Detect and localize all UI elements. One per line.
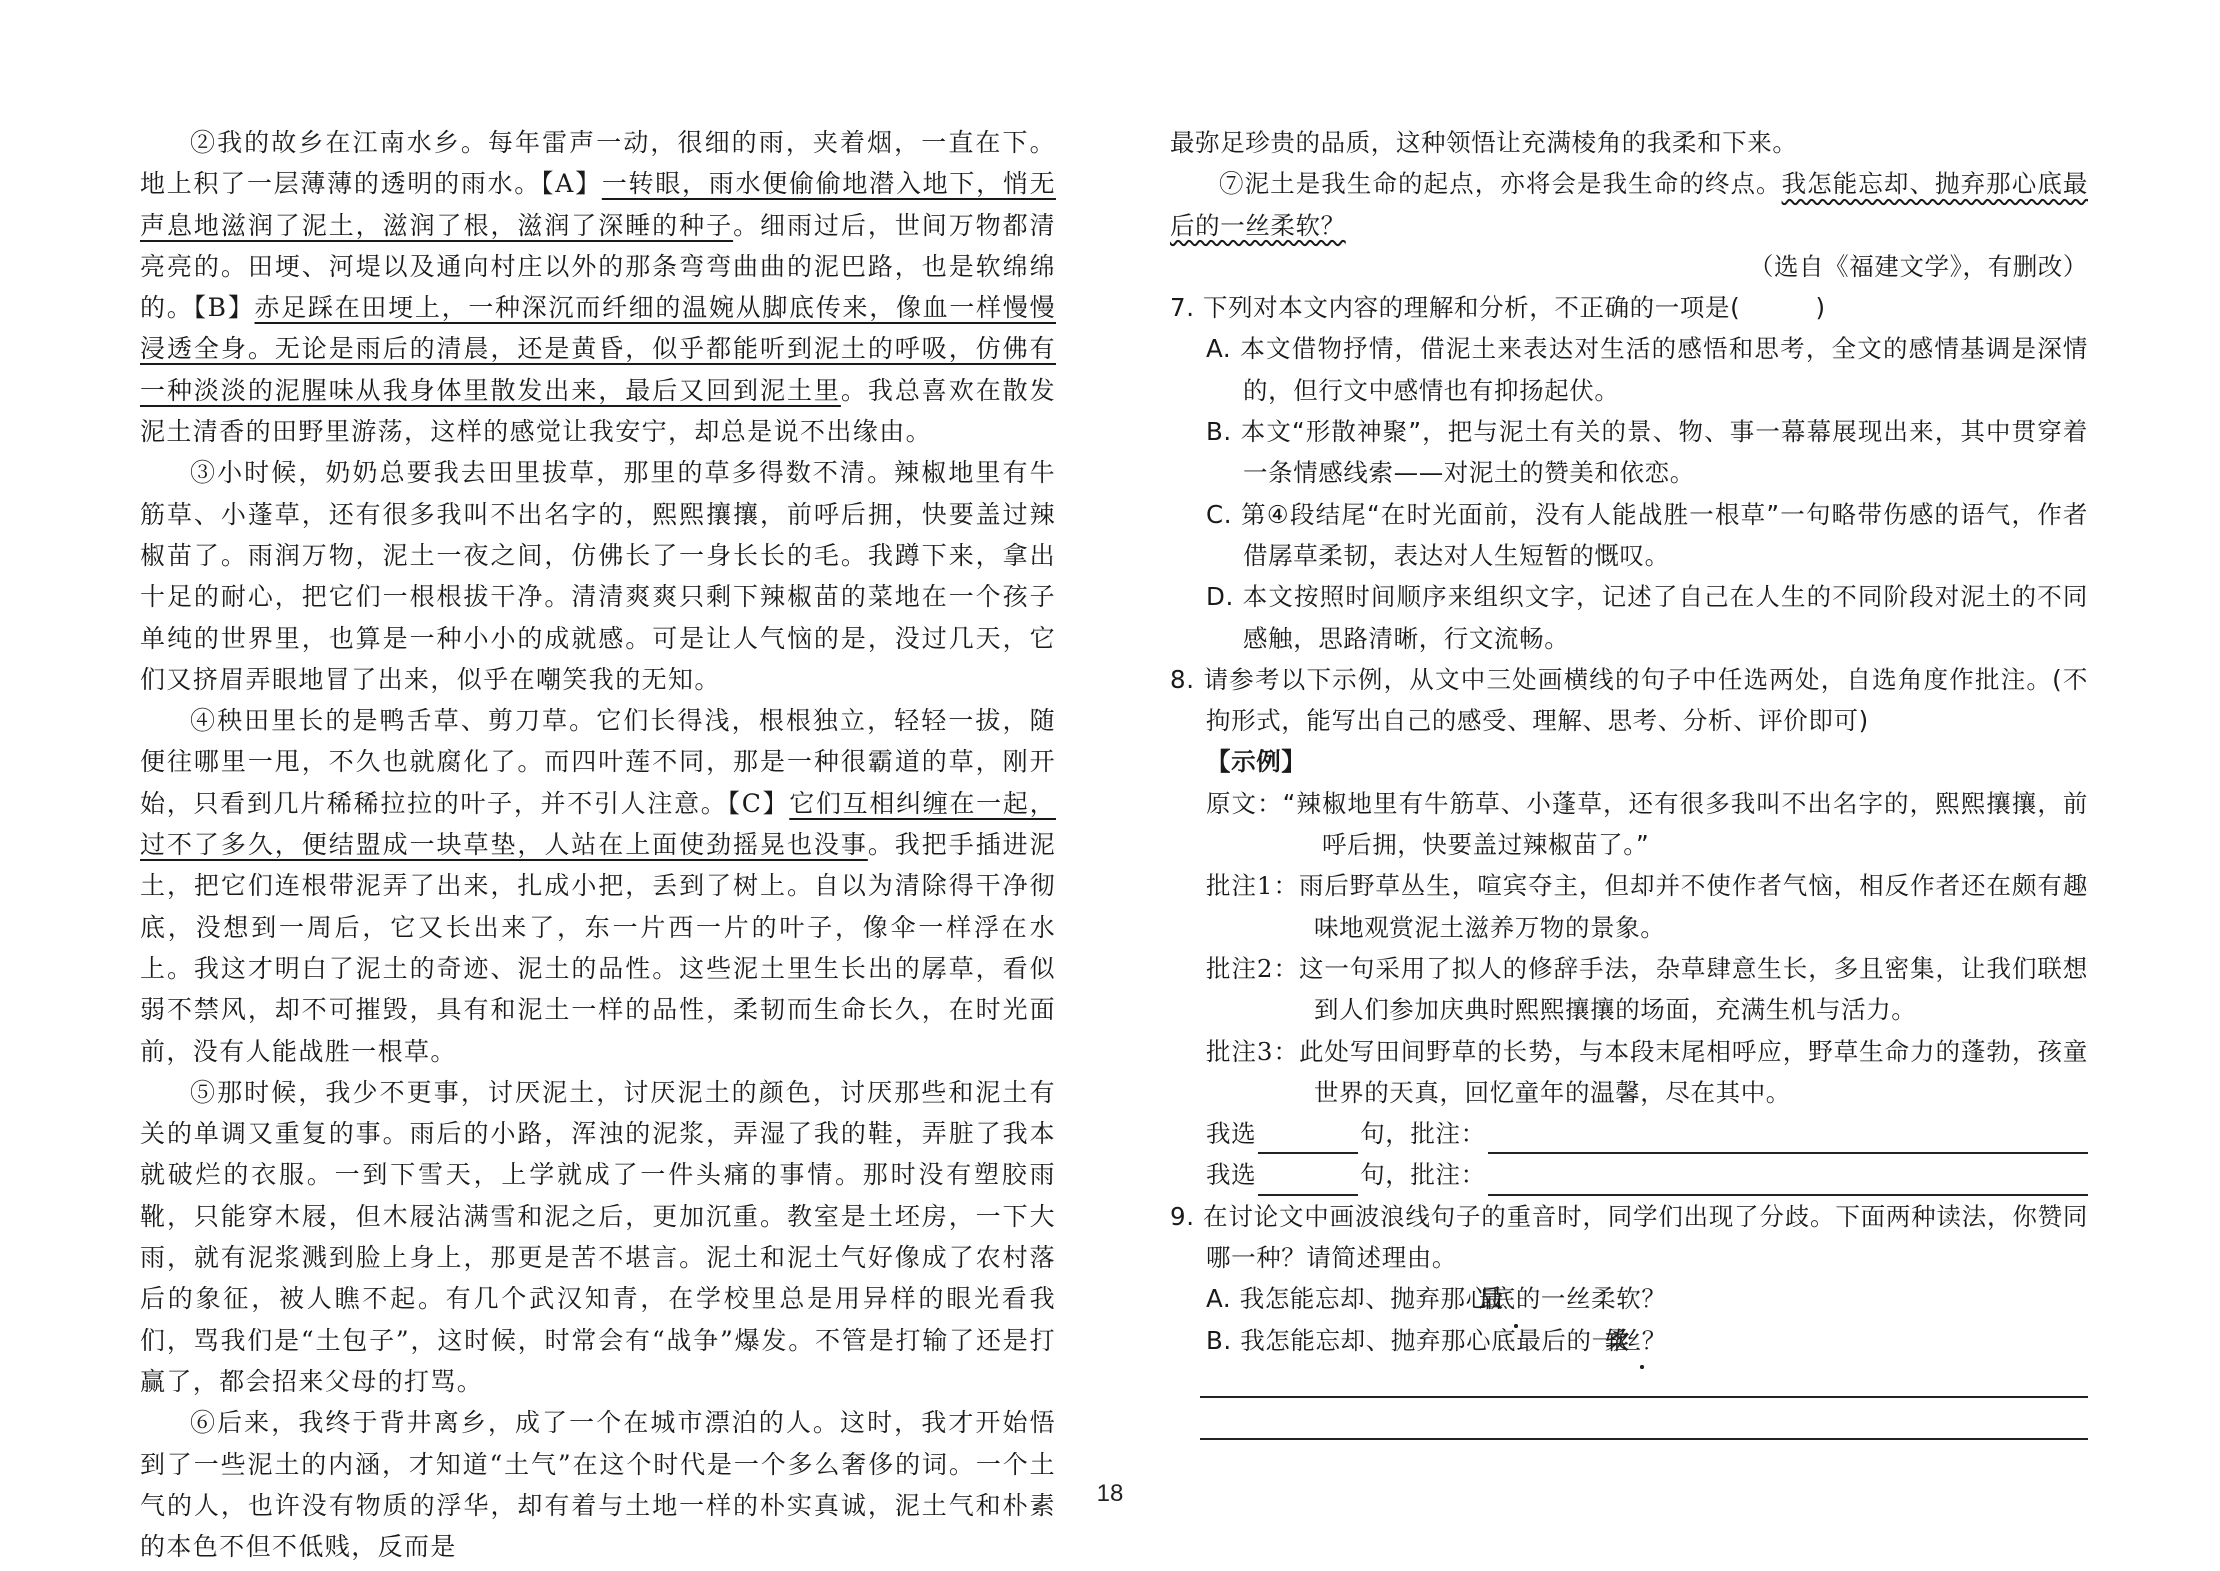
sentence-choice-blank-1[interactable] [1258,1122,1358,1154]
paragraph-6-continued: 最弥足珍贵的品质，这种领悟让充满棱角的我柔和下来。 [1170,122,2088,163]
paragraph-marker: ⑥ [190,1408,217,1437]
paragraph-4: ④秧田里长的是鸭舌草、剪刀草。它们长得浅，根根独立，轻轻一拔，随便往哪里一甩，不… [140,700,1056,1072]
answer-row-1: 我选 句，批注： [1170,1113,2088,1154]
paragraph-marker: ③ [190,458,217,487]
question-7: 7. 下列对本文内容的理解和分析，不正确的一项是( ) A. 本文借物抒情，借泥… [1170,287,2088,659]
example-original: 原文：“辣椒地里有牛筋草、小蓬草，还有很多我叫不出名字的，熙熙攘攘，前呼后拥，快… [1206,783,2088,866]
annotation-blank-1[interactable] [1488,1122,2088,1154]
question-7-option-a[interactable]: A. 本文借物抒情，借泥土来表达对生活的感悟和思考，全文的感情基调是深情的，但行… [1170,328,2088,411]
paragraph-5: ⑤那时候，我少不更事，讨厌泥土，讨厌泥土的颜色，讨厌那些和泥土有关的单调又重复的… [140,1072,1056,1402]
question-number: 7. [1170,293,1195,322]
source-citation: （选自《福建文学》，有删改） [1170,246,2088,287]
question-8: 8. 请参考以下示例，从文中三处画横线的句子中任选两处，自选角度作批注。(不拘形… [1170,659,2088,1196]
example-label: 【示例】 [1206,741,2088,782]
question-9-option-b[interactable]: B. 我怎能忘却、抛弃那心底最后的一丝柔软？ [1170,1320,2088,1361]
paragraph-marker: ② [190,128,217,157]
sentence-label-a: 【A】 [541,169,602,198]
answer-row-2: 我选 句，批注： [1170,1154,2088,1195]
right-column: 最弥足珍贵的品质，这种领悟让充满棱角的我柔和下来。 ⑦泥土是我生命的起点，亦将会… [1170,122,2088,1361]
paragraph-marker: ④ [190,706,217,735]
paragraph-2: ②我的故乡在江南水乡。每年雷声一动，很细的雨，夹着烟，一直在下。地上积了一层薄薄… [140,122,1056,452]
sentence-label-c: 【C】 [728,789,790,818]
page-number: 18 [0,1480,2220,1508]
paragraph-3: ③小时候，奶奶总要我去田里拔草，那里的草多得数不清。辣椒地里有牛筋草、小蓬草，还… [140,452,1056,700]
paragraph-7: ⑦泥土是我生命的起点，亦将会是我生命的终点。我怎能忘却、抛弃那心底最后的一丝柔软… [1170,163,2088,246]
example-annotation-3: 批注3：此处写田间野草的长势，与本段末尾相呼应，野草生命力的蓬勃，孩童世界的天真… [1206,1031,2088,1114]
question-7-stem: 7. 下列对本文内容的理解和分析，不正确的一项是( ) [1170,287,2088,328]
answer-line-2[interactable] [1200,1438,2088,1440]
question-7-option-c[interactable]: C. 第④段结尾“在时光面前，没有人能战胜一根草”一句略带伤感的语气，作者借孱草… [1170,494,2088,577]
answer-line-1[interactable] [1200,1396,2088,1398]
question-9-option-a[interactable]: A. 我怎能忘却、抛弃那心底最后的一丝柔软？ [1170,1278,2088,1319]
paragraph-marker: ⑤ [190,1078,217,1107]
question-9: 9. 在讨论文中画波浪线句子的重音时，同学们出现了分歧。下面两种读法，你赞同哪一… [1170,1196,2088,1361]
question-7-option-d[interactable]: D. 本文按照时间顺序来组织文字，记述了自己在人生的不同阶段对泥土的不同感触，思… [1170,576,2088,659]
example-annotation-1: 批注1：雨后野草丛生，喧宾夺主，但却并不使作者气恼，相反作者还在颇有趣味地观赏泥… [1206,865,2088,948]
sentence-label-b: 【B】 [193,293,254,322]
question-9-stem: 9. 在讨论文中画波浪线句子的重音时，同学们出现了分歧。下面两种读法，你赞同哪一… [1170,1196,2088,1279]
example-block: 【示例】 原文：“辣椒地里有牛筋草、小蓬草，还有很多我叫不出名字的，熙熙攘攘，前… [1170,741,2088,1113]
passage-left-column: ②我的故乡在江南水乡。每年雷声一动，很细的雨，夹着烟，一直在下。地上积了一层薄薄… [140,122,1056,1567]
example-annotation-2: 批注2：这一句采用了拟人的修辞手法，杂草肆意生长，多且密集，让我们联想到人们参加… [1206,948,2088,1031]
annotation-blank-2[interactable] [1488,1164,2088,1196]
question-7-option-b[interactable]: B. 本文“形散神聚”，把与泥土有关的景、物、事一幕幕展现出来，其中贯穿着一条情… [1170,411,2088,494]
paragraph-marker: ⑦ [1219,169,1245,198]
sentence-choice-blank-2[interactable] [1258,1164,1358,1196]
question-8-stem: 8. 请参考以下示例，从文中三处画横线的句子中任选两处，自选角度作批注。(不拘形… [1170,659,2088,742]
question-number: 8. [1170,665,1195,694]
question-number: 9. [1170,1202,1195,1231]
